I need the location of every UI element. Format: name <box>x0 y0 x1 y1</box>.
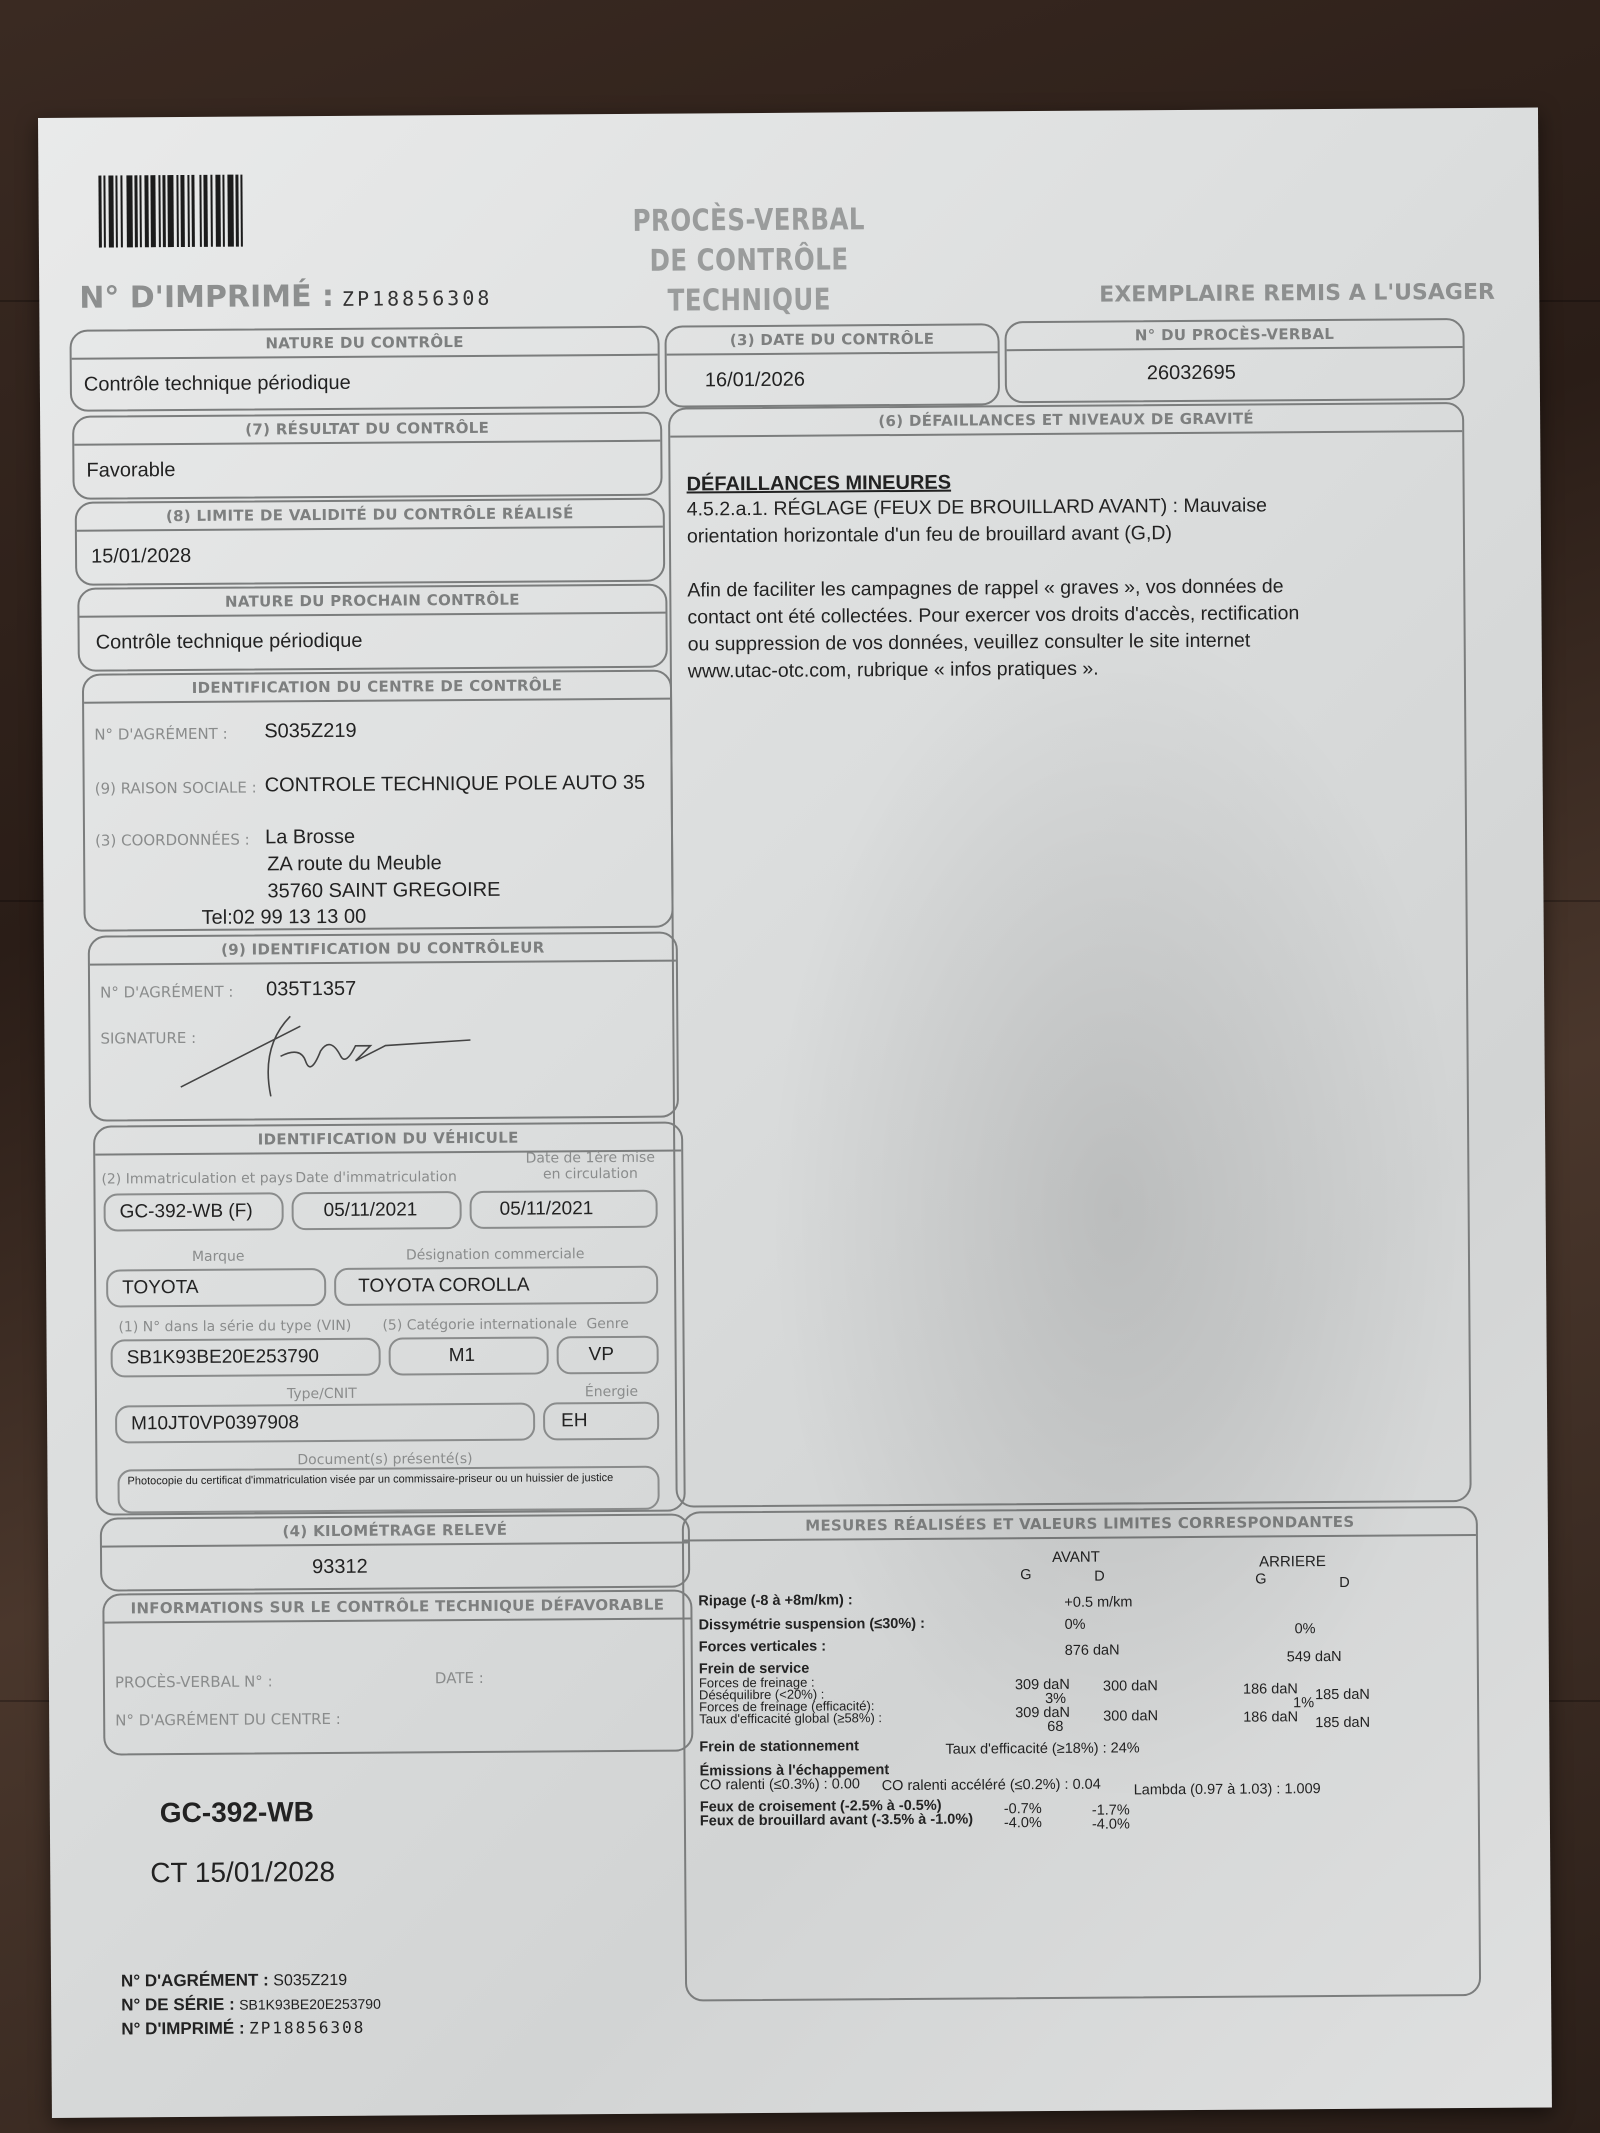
cnit-label: Type/CNIT <box>287 1386 357 1402</box>
co-idle-value: CO ralenti (≤0.3%) : 0.00 <box>700 1776 860 1793</box>
control-type-box: NATURE DU CONTRÔLE Contrôle technique pé… <box>69 326 660 412</box>
inspector-header: (9) IDENTIFICATION DU CONTRÔLEUR <box>90 934 676 966</box>
rear-left-label: G <box>1255 1571 1266 1587</box>
suspension-label: Dissymétrie suspension (≤30%) : <box>698 1616 924 1634</box>
documents-value: Photocopie du certificat d'immatriculati… <box>117 1466 659 1514</box>
global-efficiency-label: Taux d'efficacité global (≥58%) : <box>699 1710 882 1726</box>
defects-content: DÉFAILLANCES MINEURES 4.5.2.a.1. RÉGLAGE… <box>686 468 1447 685</box>
control-date-header: (3) DATE DU CONTRÔLE <box>666 325 997 355</box>
first-circulation-value: 05/11/2021 <box>470 1190 658 1229</box>
mileage-header: (4) KILOMÉTRAGE RELEVÉ <box>102 1515 688 1547</box>
validity-value: 15/01/2028 <box>77 528 663 569</box>
energy-value: EH <box>543 1402 659 1441</box>
mileage-value: 93312 <box>102 1543 688 1580</box>
model-value: TOYOTA COROLLA <box>334 1266 658 1306</box>
sticker-approval-value: S035Z219 <box>273 1972 347 1990</box>
front-right-label: D <box>1094 1569 1105 1585</box>
suspension-front-value: 0% <box>1064 1617 1085 1633</box>
address-line-2: ZA route du Meuble <box>267 852 442 876</box>
braking-rear-right: 185 daN <box>1315 1687 1370 1703</box>
sticker-approval: N° D'AGRÉMENT : S035Z219 <box>121 1970 347 1992</box>
vehicle-box: IDENTIFICATION DU VÉHICULE (2) Immatricu… <box>93 1122 686 1516</box>
parking-brake-label: Frein de stationnement <box>699 1738 859 1755</box>
brand-value: TOYOTA <box>106 1268 326 1308</box>
vertical-forces-label: Forces verticales : <box>699 1639 826 1656</box>
next-control-header: NATURE DU PROCHAIN CONTRÔLE <box>79 586 665 618</box>
registration-date-label: Date d'immatriculation <box>295 1169 456 1186</box>
suspension-rear-value: 0% <box>1295 1621 1316 1637</box>
inspection-center-header: IDENTIFICATION DU CENTRE DE CONTRÔLE <box>84 672 670 704</box>
defects-header: (6) DÉFAILLANCES ET NIVEAUX DE GRAVITÉ <box>670 404 1462 438</box>
vin-value: SB1K93BE20E253790 <box>111 1338 381 1378</box>
first-circulation-label: Date de 1ère miseen circulation <box>495 1150 685 1183</box>
sticker-print-value: ZP18856308 <box>249 2018 365 2038</box>
fog-light-label: Feux de brouillard avant (-3.5% à -1.0%) <box>700 1812 973 1830</box>
print-number-value: ZP18856308 <box>342 286 493 311</box>
registration-date-value: 05/11/2021 <box>292 1191 462 1230</box>
efficiency-rear-left: 186 daN <box>1243 1709 1298 1725</box>
braking-front-right: 300 daN <box>1103 1678 1158 1694</box>
validity-box: (8) LIMITE DE VALIDITÉ DU CONTRÔLE RÉALI… <box>75 498 666 586</box>
report-number-box: N° DU PROCÈS-VERBAL 26032695 <box>1004 318 1465 403</box>
rear-axle-label: ARRIERE <box>1259 1553 1326 1570</box>
global-efficiency-value: 68 <box>1047 1719 1063 1735</box>
cnit-value: M10JT0VP0397908 <box>115 1403 535 1444</box>
validity-header: (8) LIMITE DE VALIDITÉ DU CONTRÔLE RÉALI… <box>77 500 663 532</box>
inspection-center-box: IDENTIFICATION DU CENTRE DE CONTRÔLE N° … <box>82 670 674 932</box>
inspection-report-paper: PROCÈS-VERBAL DE CONTRÔLE TECHNIQUE N° D… <box>38 108 1552 2118</box>
sticker-print-label: N° D'IMPRIMÉ : <box>121 2019 244 2039</box>
front-axle-label: AVANT <box>1052 1549 1100 1566</box>
first-circulation-label-2: en circulation <box>543 1166 638 1183</box>
next-control-box: NATURE DU PROCHAIN CONTRÔLE Contrôle tec… <box>77 584 668 672</box>
print-number-label: N° D'IMPRIMÉ : <box>79 279 334 316</box>
unfavorable-info-header: INFORMATIONS SUR LE CONTRÔLE TECHNIQUE D… <box>104 1591 690 1623</box>
address-line-3: 35760 SAINT GREGOIRE <box>267 879 500 904</box>
genre-label: Genre <box>586 1316 629 1332</box>
measurements-header: MESURES RÉALISÉES ET VALEURS LIMITES COR… <box>684 1508 1476 1542</box>
sideslip-value: +0.5 m/km <box>1064 1594 1132 1610</box>
sticker-serial: N° DE SÉRIE : SB1K93BE20E253790 <box>121 1994 381 2016</box>
category-value: M1 <box>389 1336 549 1375</box>
fog-light-left: -4.0% <box>1004 1815 1042 1831</box>
privacy-notice-line-4: www.utac-otc.com, rubrique « infos prati… <box>688 653 1448 685</box>
document-title: PROCÈS-VERBAL DE CONTRÔLE TECHNIQUE <box>626 200 873 322</box>
unfavorable-date-label: DATE : <box>435 1669 484 1687</box>
signature-scribble-icon <box>170 1005 491 1107</box>
vertical-forces-front: 876 daN <box>1065 1642 1120 1658</box>
center-approval-label: N° D'AGRÉMENT : <box>94 725 227 744</box>
model-label: Désignation commerciale <box>406 1246 585 1263</box>
measurements-box: MESURES RÉALISÉES ET VALEURS LIMITES COR… <box>682 1506 1481 2002</box>
energy-label: Énergie <box>585 1384 638 1400</box>
lambda-value: Lambda (0.97 à 1.03) : 1.009 <box>1134 1781 1321 1798</box>
co-accelerated-value: CO ralenti accéléré (≤0.2%) : 0.04 <box>882 1777 1101 1795</box>
title-line-2: DE CONTRÔLE TECHNIQUE <box>626 240 873 322</box>
result-box: (7) RÉSULTAT DU CONTRÔLE Favorable <box>72 412 663 500</box>
defect-item-line-2: orientation horizontale d'un feu de brou… <box>687 518 1447 550</box>
result-value: Favorable <box>74 442 660 483</box>
inspector-approval-value: 035T1357 <box>266 978 356 1002</box>
registration-label: (2) Immatriculation et pays <box>101 1170 292 1187</box>
inspector-approval-label: N° D'AGRÉMENT : <box>100 983 233 1002</box>
address-label: (3) COORDONNÉES : <box>95 831 250 850</box>
next-control-value: Contrôle technique périodique <box>79 614 665 655</box>
sticker-plate: GC-392-WB <box>160 1796 314 1829</box>
efficiency-rear-right: 185 daN <box>1315 1715 1370 1731</box>
address-line-1: La Brosse <box>265 826 355 850</box>
defects-box: (6) DÉFAILLANCES ET NIVEAUX DE GRAVITÉ D… <box>668 402 1472 1508</box>
control-date-value: 16/01/2026 <box>667 353 998 392</box>
control-type-value: Contrôle technique périodique <box>72 356 658 397</box>
genre-value: VP <box>557 1336 659 1375</box>
efficiency-front-right: 300 daN <box>1103 1708 1158 1724</box>
sticker-print-number: N° D'IMPRIMÉ : ZP18856308 <box>121 2018 365 2040</box>
unfavorable-center-label: N° D'AGRÉMENT DU CENTRE : <box>115 1710 341 1730</box>
front-left-label: G <box>1020 1567 1031 1583</box>
sideslip-label: Ripage (-8 à +8m/km) : <box>698 1592 852 1609</box>
rear-right-label: D <box>1339 1575 1350 1591</box>
sticker-serial-value: SB1K93BE20E253790 <box>239 1996 381 2013</box>
vin-label: (1) N° dans la série du type (VIN) <box>118 1318 351 1336</box>
center-phone: Tel:02 99 13 13 00 <box>202 906 367 930</box>
barcode <box>98 174 358 248</box>
braking-rear-left: 186 daN <box>1243 1681 1298 1697</box>
sticker-approval-label: N° D'AGRÉMENT : <box>121 1970 269 1990</box>
registration-value: GC-392-WB (F) <box>104 1192 284 1231</box>
result-header: (7) RÉSULTAT DU CONTRÔLE <box>74 414 660 446</box>
sticker-serie-label: N° DE SÉRIE : <box>121 1995 235 2015</box>
unfavorable-info-box: INFORMATIONS SUR LE CONTRÔLE TECHNIQUE D… <box>102 1589 693 1755</box>
report-number-header: N° DU PROCÈS-VERBAL <box>1006 320 1462 351</box>
control-date-box: (3) DATE DU CONTRÔLE 16/01/2026 <box>664 323 1000 407</box>
company-name-label: (9) RAISON SOCIALE : <box>95 778 257 797</box>
parking-brake-value: Taux d'efficacité (≥18%) : 24% <box>945 1740 1139 1757</box>
print-number: N° D'IMPRIMÉ :ZP18856308 <box>79 278 492 316</box>
copy-label: EXEMPLAIRE REMIS A L'USAGER <box>1099 280 1495 308</box>
unfavorable-report-label: PROCÈS-VERBAL N° : <box>115 1672 273 1691</box>
documents-label: Document(s) présenté(s) <box>297 1451 472 1468</box>
center-approval-value: S035Z219 <box>264 720 356 744</box>
title-line-1: PROCÈS-VERBAL <box>626 200 872 242</box>
first-circulation-label-1: Date de 1ère mise <box>526 1150 655 1167</box>
fog-light-right: -4.0% <box>1092 1816 1130 1832</box>
vertical-forces-rear: 549 daN <box>1287 1649 1342 1665</box>
control-type-header: NATURE DU CONTRÔLE <box>71 328 657 360</box>
sticker-ct-date: CT 15/01/2028 <box>150 1856 335 1889</box>
inspector-box: (9) IDENTIFICATION DU CONTRÔLEUR N° D'AG… <box>88 932 679 1122</box>
mileage-box: (4) KILOMÉTRAGE RELEVÉ 93312 <box>100 1513 691 1591</box>
company-name-value: CONTROLE TECHNIQUE POLE AUTO 35 <box>265 772 646 798</box>
category-label: (5) Catégorie internationale <box>382 1316 577 1333</box>
brand-label: Marque <box>192 1249 245 1265</box>
report-number-value: 26032695 <box>1007 348 1463 386</box>
